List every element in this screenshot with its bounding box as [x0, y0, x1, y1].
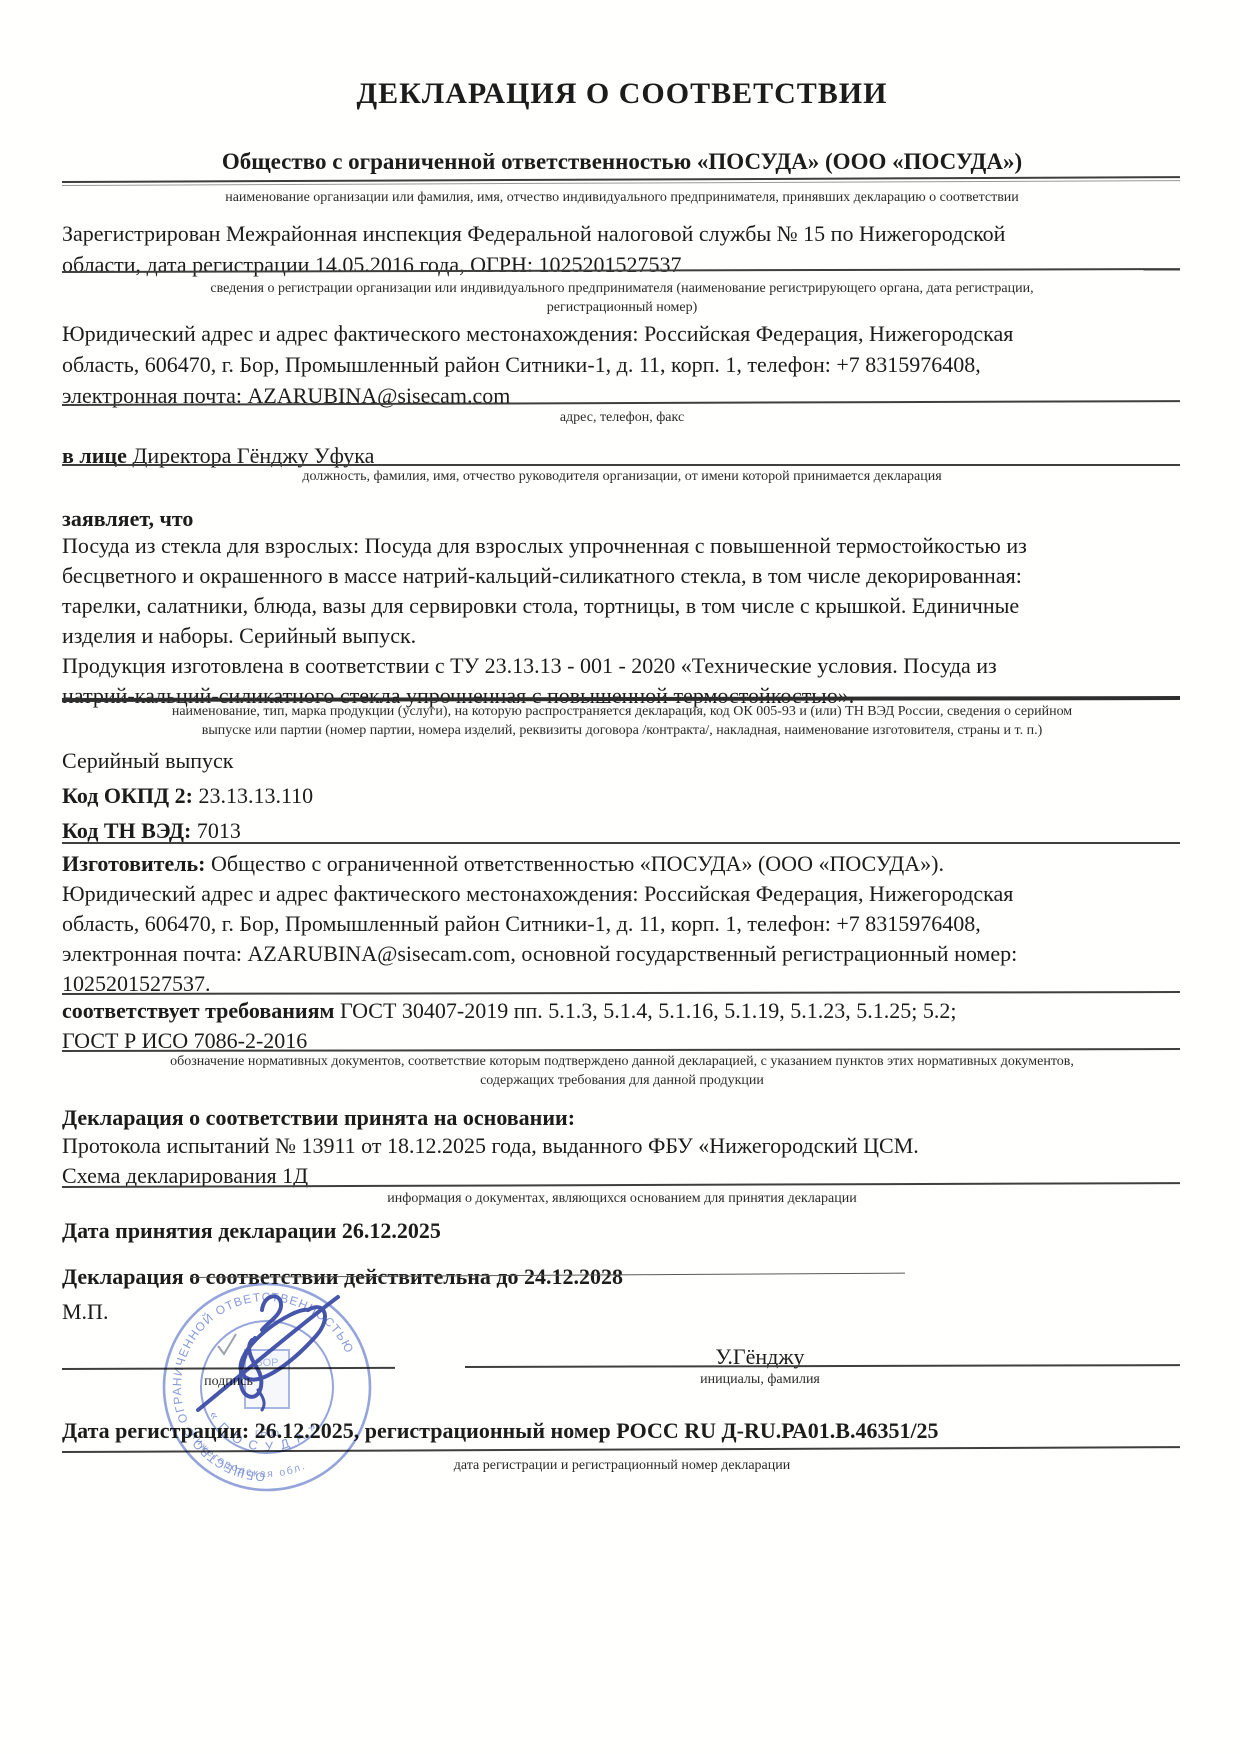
adoption-date-line: Дата принятия декларации 26.12.2025 [62, 1216, 1182, 1246]
okpd-label: Код ОКПД 2: [62, 783, 193, 808]
conformity-block: соответствует требованиям ГОСТ 30407-201… [62, 996, 1182, 1056]
signatory-caption: инициалы, фамилия [460, 1370, 1060, 1389]
declaration-document: ДЕКЛАРАЦИЯ О СООТВЕТСТВИИ Общество с огр… [0, 0, 1240, 1754]
signature-caption: подпись [62, 1372, 395, 1391]
okpd-code-line: Код ОКПД 2: 23.13.13.110 [62, 781, 1182, 811]
manufacturer-text: Общество с ограниченной ответственностью… [62, 851, 1017, 996]
serial-release-text: Серийный выпуск [62, 746, 1182, 776]
page-title: ДЕКЛАРАЦИЯ О СООТВЕТСТВИИ [62, 76, 1182, 112]
declares-label: заявляет, что [62, 504, 1182, 534]
address-caption: адрес, телефон, факс [62, 408, 1182, 427]
representative-caption: должность, фамилия, имя, отчество руково… [62, 467, 1182, 486]
product-caption: наименование, тип, марка продукции (услу… [62, 702, 1182, 740]
tnved-value: 7013 [191, 818, 241, 843]
product-description-text: Посуда из стекла для взрослых: Посуда дл… [62, 531, 1182, 711]
stamp-place-label: М.П. [62, 1297, 182, 1327]
signature-line [62, 1367, 395, 1370]
signature-scribble [198, 1296, 338, 1410]
registration-number-line: Дата регистрации: 26.12.2025, регистраци… [62, 1416, 1182, 1446]
registration-number-caption: дата регистрации и регистрационный номер… [62, 1456, 1182, 1475]
manufacturer-block: Изготовитель: Общество с ограниченной от… [62, 849, 1182, 999]
tnved-label: Код ТН ВЭД: [62, 818, 191, 843]
checkmark-icon [218, 1334, 236, 1354]
divider [62, 464, 1180, 466]
registration-info-caption: сведения о регистрации организации или и… [62, 279, 1182, 317]
declarant-name-caption: наименование организации или фамилия, им… [62, 188, 1182, 207]
conformity-label: соответствует требованиям [62, 998, 334, 1023]
divider [62, 1446, 1180, 1453]
declarant-address-text: Юридический адрес и адрес фактического м… [62, 318, 1182, 411]
divider [62, 842, 1180, 844]
conformity-caption: обозначение нормативных документов, соот… [62, 1052, 1182, 1090]
basis-heading: Декларация о соответствии принята на осн… [62, 1103, 1182, 1133]
okpd-value: 23.13.13.110 [193, 783, 313, 808]
declarant-name-heading: Общество с ограниченной ответственностью… [62, 148, 1182, 176]
manufacturer-label: Изготовитель: [62, 851, 206, 876]
basis-caption: информация о документах, являющихся осно… [62, 1189, 1182, 1208]
